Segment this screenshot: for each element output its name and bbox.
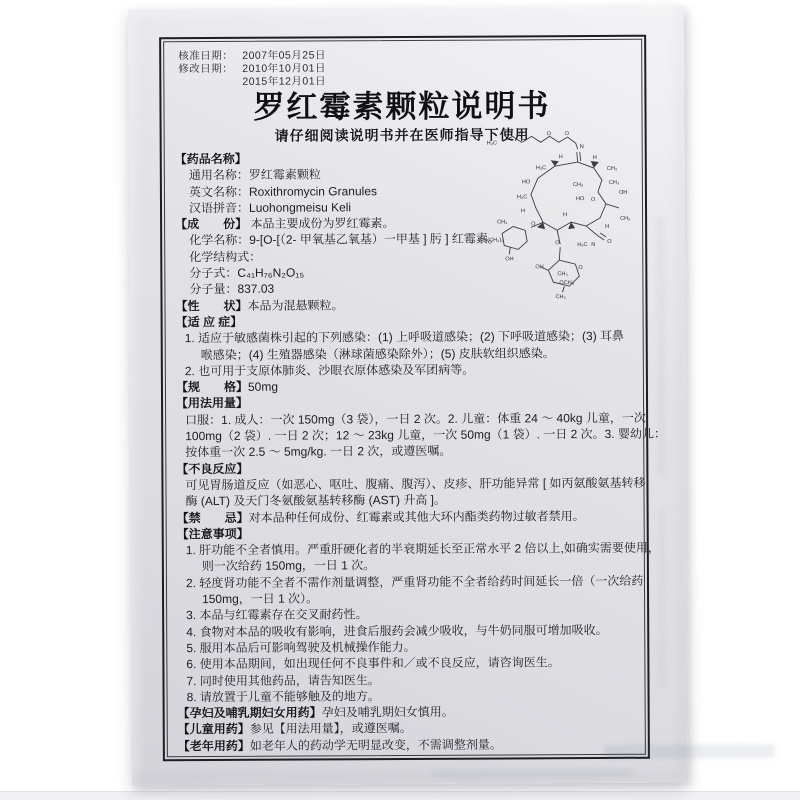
- atom-label: H₃C: [487, 141, 497, 147]
- body-line: 1. 适应于敏感菌株引起的下列感染：(1) 上呼吸道感染；(2) 下呼吸道感染；…: [176, 328, 631, 347]
- revision-date-row-2: 2015年12月01日: [178, 74, 629, 89]
- atom-label: O: [547, 131, 552, 137]
- atom-label: O: [519, 131, 524, 137]
- showthrough-smudge: [432, 769, 632, 779]
- insert-body: 【药品名称】 通用名称：罗红霉素颗粒 英文名称：Roxithromycin Gr…: [175, 149, 633, 754]
- body-line: 可见胃肠道反应（如恶心、呕吐、腹痛、腹泻）、皮疹、肝功能异常 [ 如丙氨酸氨基转…: [176, 475, 631, 494]
- revision-date-value-2: 2015年12月01日: [242, 75, 326, 88]
- photo-background: 核准日期： 2007年05月25日 修改日期： 2010年10月01日 2015…: [0, 0, 800, 800]
- body-line: 4. 食物对本品的吸收有影响，进食后服药会减少吸收，与牛奶同服可增加吸收。: [177, 621, 632, 640]
- body-line: 1. 肝功能不全者慎用。严重肝硬化者的半衰期延长至正常水平 2 倍以上,如确实需…: [177, 540, 632, 559]
- body-line: 【禁 忌】对本品种任何成份、红霉素或其他大环内酯类药物过敏者禁用。: [177, 507, 632, 526]
- insert-border-frame: 核准日期： 2007年05月25日 修改日期： 2010年10月01日 2015…: [159, 35, 650, 762]
- showthrough-smudge: [658, 507, 667, 687]
- photo-edge-strip: [0, 791, 800, 800]
- revision-date-label: 修改日期：: [178, 63, 242, 76]
- approval-date-label: 核准日期：: [178, 50, 242, 63]
- approval-date-value: 2007年05月25日: [242, 49, 326, 62]
- revision-date-label-empty: [178, 76, 242, 89]
- atom-label: O: [565, 131, 570, 137]
- package-insert-paper: 核准日期： 2007年05月25日 修改日期： 2010年10月01日 2015…: [128, 7, 688, 786]
- approval-dates-block: 核准日期： 2007年05月25日 修改日期： 2010年10月01日 2015…: [178, 48, 629, 89]
- insert-content-area: 核准日期： 2007年05月25日 修改日期： 2010年10月01日 2015…: [163, 39, 646, 757]
- body-line: 100mg（2 袋）. 一日 2 次；12 ～ 23kg 儿童，一次 50mg（…: [176, 426, 631, 445]
- body-line: 2. 轻度肾功能不全者不需作剂量调整，严重肾功能不全者给药时间延长一倍（一次给药: [177, 573, 632, 592]
- revision-date-value: 2010年10月01日: [242, 62, 326, 75]
- page-title: 罗红霉素颗粒说明书: [174, 88, 629, 126]
- body-line: 【老年用药】如老年人的药动学无明显改变，不需调整剂量。: [178, 736, 633, 755]
